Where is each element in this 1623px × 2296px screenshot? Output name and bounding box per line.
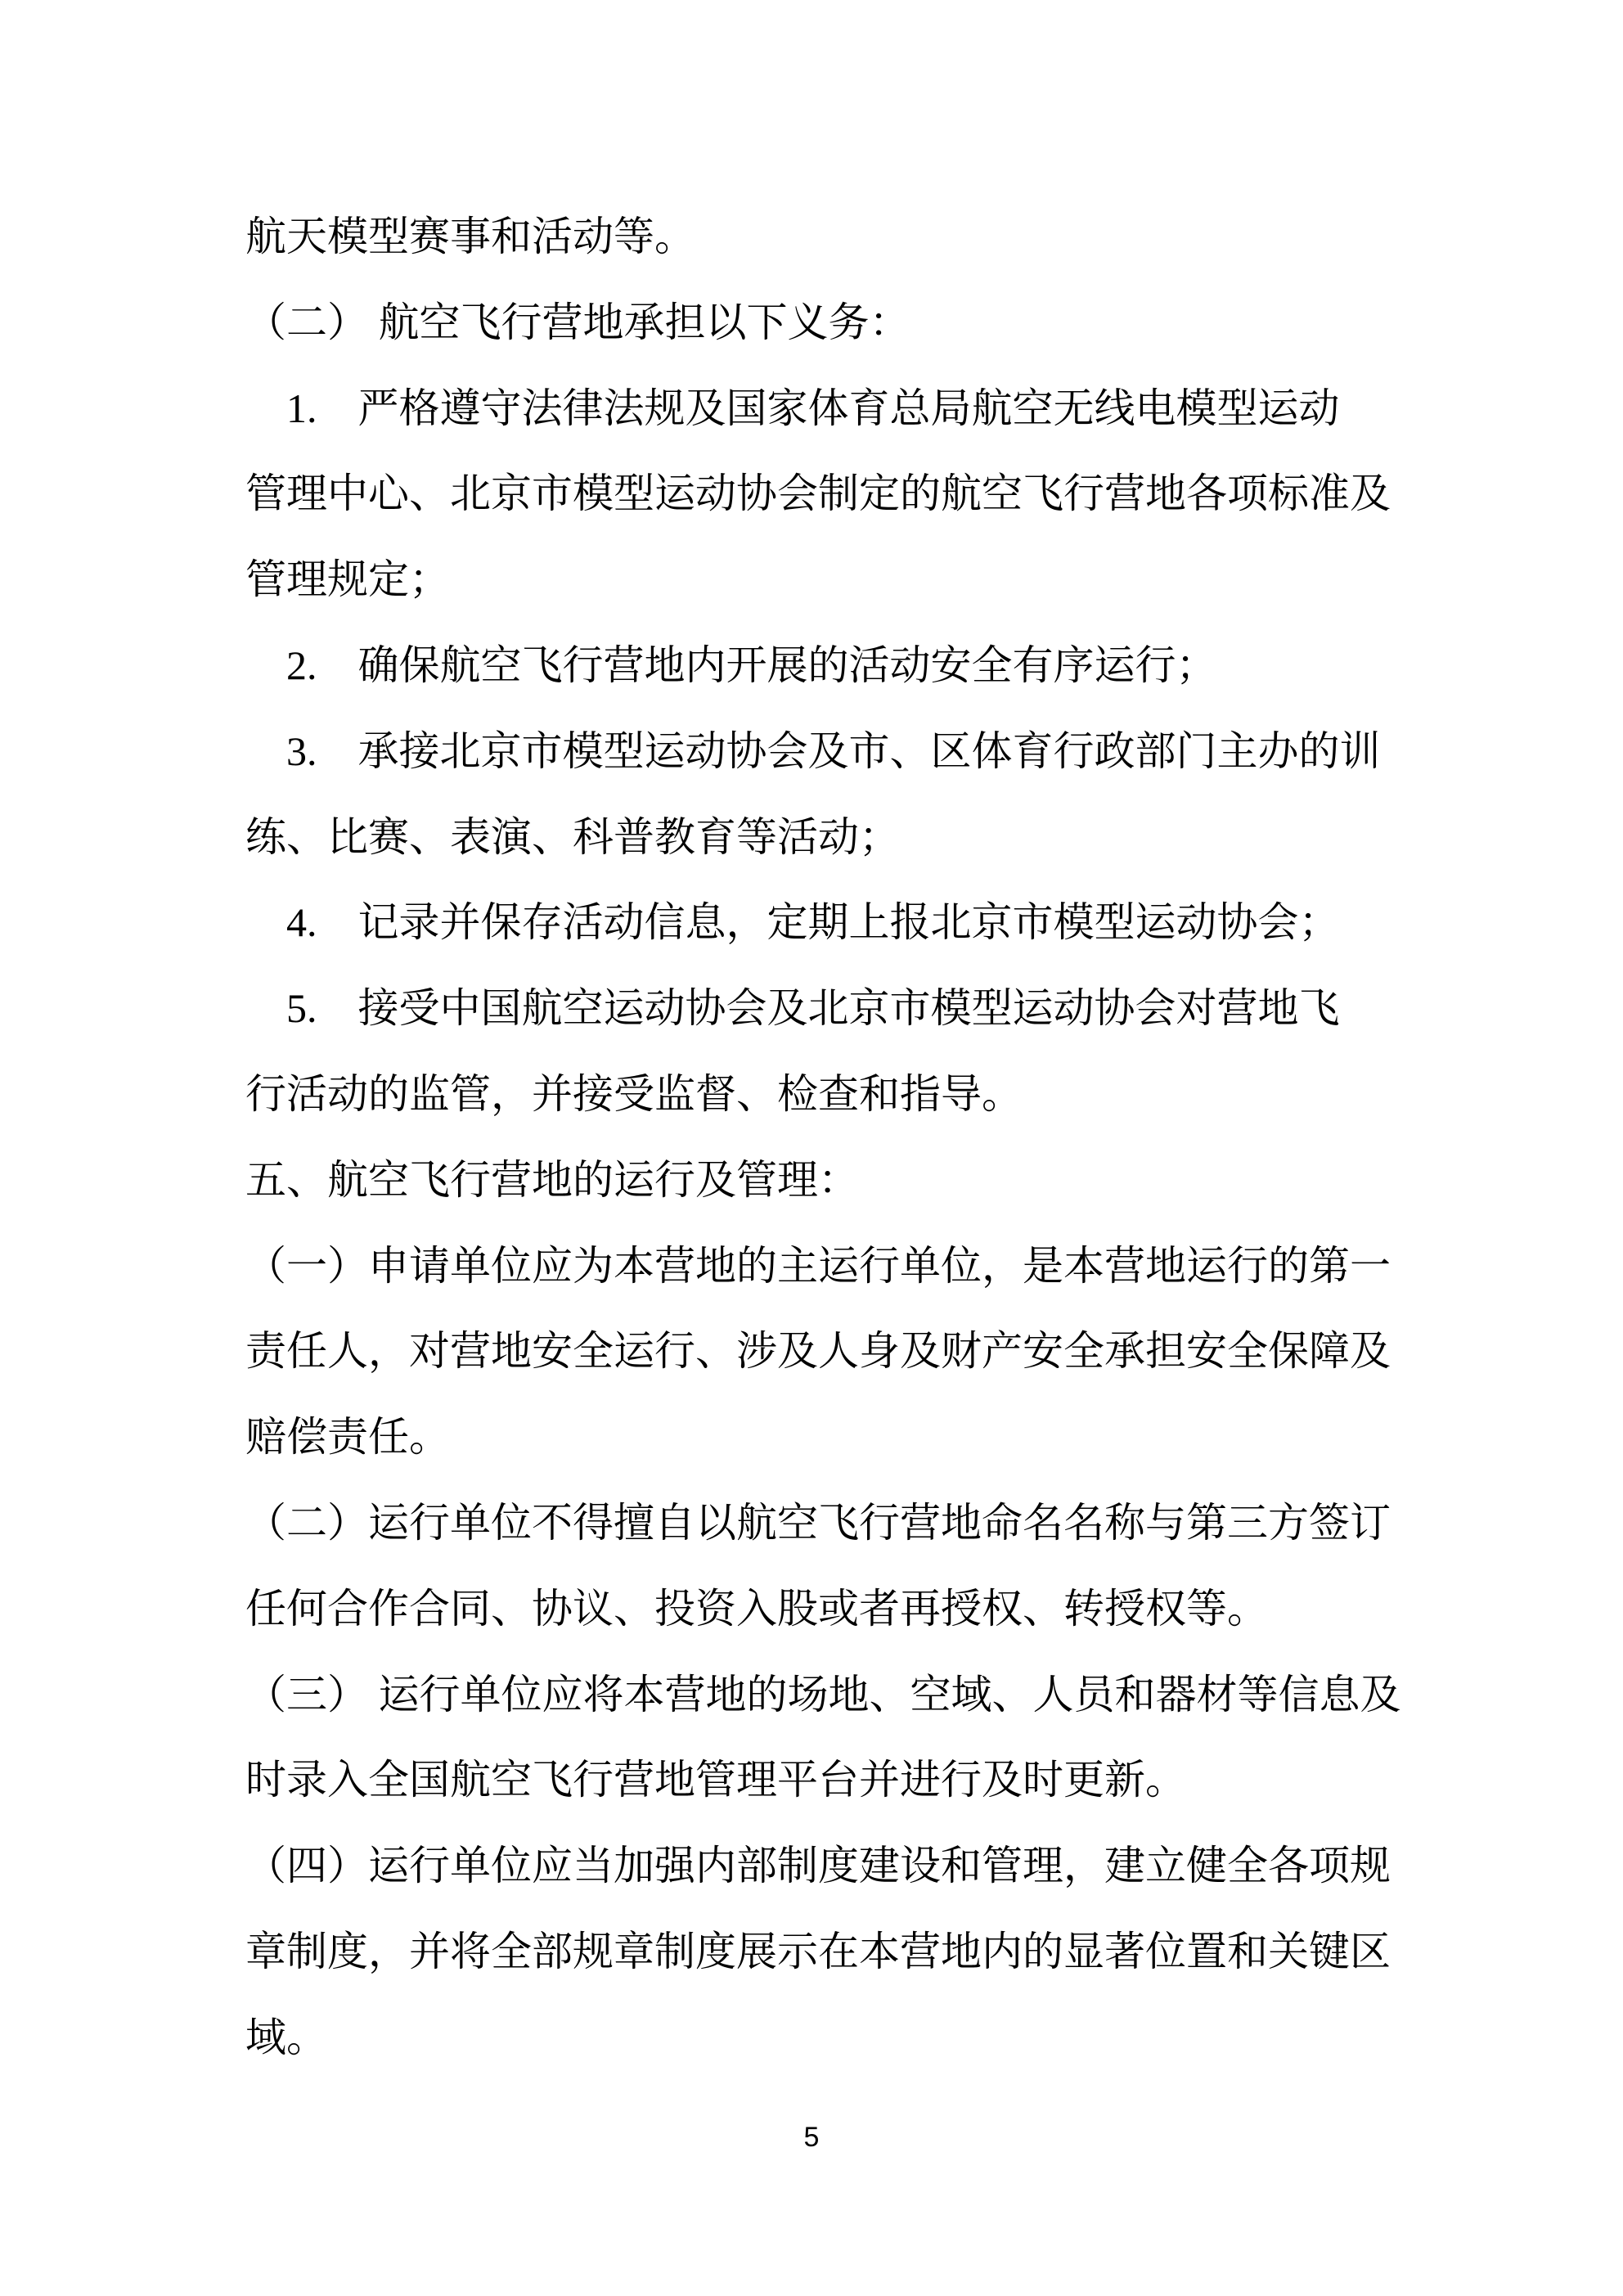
text-line: 行活动的监管，并接受监督、检查和指导。 xyxy=(245,1051,1391,1137)
page-number: 5 xyxy=(804,2122,820,2153)
text-line: 任何合作合同、协议、投资入股或者再授权、转授权等。 xyxy=(245,1566,1391,1652)
text-line: 五、航空飞行营地的运行及管理： xyxy=(245,1137,1391,1223)
text-line: 管理中心、北京市模型运动协会制定的航空飞行营地各项标准及 xyxy=(245,451,1391,537)
paragraph: （二） 航空飞行营地承担以下义务： xyxy=(245,280,1391,366)
text-line: 管理规定； xyxy=(245,537,1391,623)
paragraph: 4. 记录并保存活动信息，定期上报北京市模型运动协会； xyxy=(245,880,1391,966)
paragraph: 5. 接受中国航空运动协会及北京市模型运动协会对营地飞 行活动的监管，并接受监督… xyxy=(245,966,1391,1137)
text-line: （三） 运行单位应将本营地的场地、空域、人员和器材等信息及 xyxy=(245,1652,1391,1738)
text-line: 3. 承接北京市模型运动协会及市、区体育行政部门主办的训 xyxy=(245,709,1391,795)
text-line: 域。 xyxy=(245,1995,1391,2081)
document-body: 航天模型赛事和活动等。 （二） 航空飞行营地承担以下义务： 1. 严格遵守法律法… xyxy=(245,194,1391,2081)
paragraph: （三） 运行单位应将本营地的场地、空域、人员和器材等信息及 时录入全国航空飞行营… xyxy=(245,1652,1391,1824)
paragraph: （二）运行单位不得擅自以航空飞行营地命名名称与第三方签订 任何合作合同、协议、投… xyxy=(245,1480,1391,1652)
text-line: 练、比赛、表演、科普教育等活动； xyxy=(245,795,1391,880)
text-line: 责任人，对营地安全运行、涉及人身及财产安全承担安全保障及 xyxy=(245,1308,1391,1394)
paragraph: 航天模型赛事和活动等。 xyxy=(245,194,1391,280)
text-line: （四）运行单位应当加强内部制度建设和管理，建立健全各项规 xyxy=(245,1823,1391,1909)
paragraph: 五、航空飞行营地的运行及管理： xyxy=(245,1137,1391,1223)
text-line: （一）申请单位应为本营地的主运行单位，是本营地运行的第一 xyxy=(245,1223,1391,1309)
paragraph: 2. 确保航空飞行营地内开展的活动安全有序运行； xyxy=(245,623,1391,709)
document-page: 航天模型赛事和活动等。 （二） 航空飞行营地承担以下义务： 1. 严格遵守法律法… xyxy=(0,0,1623,2296)
text-line: 赔偿责任。 xyxy=(245,1394,1391,1480)
page-footer: 5 xyxy=(0,2121,1623,2154)
paragraph: 1. 严格遵守法律法规及国家体育总局航空无线电模型运动 管理中心、北京市模型运动… xyxy=(245,366,1391,623)
text-line: 4. 记录并保存活动信息，定期上报北京市模型运动协会； xyxy=(245,880,1391,966)
text-line: 5. 接受中国航空运动协会及北京市模型运动协会对营地飞 xyxy=(245,966,1391,1051)
text-line: 2. 确保航空飞行营地内开展的活动安全有序运行； xyxy=(245,623,1391,709)
text-line: 1. 严格遵守法律法规及国家体育总局航空无线电模型运动 xyxy=(245,366,1391,452)
paragraph: （四）运行单位应当加强内部制度建设和管理，建立健全各项规 章制度，并将全部规章制… xyxy=(245,1823,1391,2080)
text-line: （二）运行单位不得擅自以航空飞行营地命名名称与第三方签订 xyxy=(245,1480,1391,1566)
paragraph: 3. 承接北京市模型运动协会及市、区体育行政部门主办的训 练、比赛、表演、科普教… xyxy=(245,709,1391,880)
text-line: （二） 航空飞行营地承担以下义务： xyxy=(245,280,1391,366)
text-line: 时录入全国航空飞行营地管理平台并进行及时更新。 xyxy=(245,1737,1391,1823)
text-line: 航天模型赛事和活动等。 xyxy=(245,194,1391,280)
paragraph: （一）申请单位应为本营地的主运行单位，是本营地运行的第一 责任人，对营地安全运行… xyxy=(245,1223,1391,1480)
text-line: 章制度，并将全部规章制度展示在本营地内的显著位置和关键区 xyxy=(245,1909,1391,1995)
